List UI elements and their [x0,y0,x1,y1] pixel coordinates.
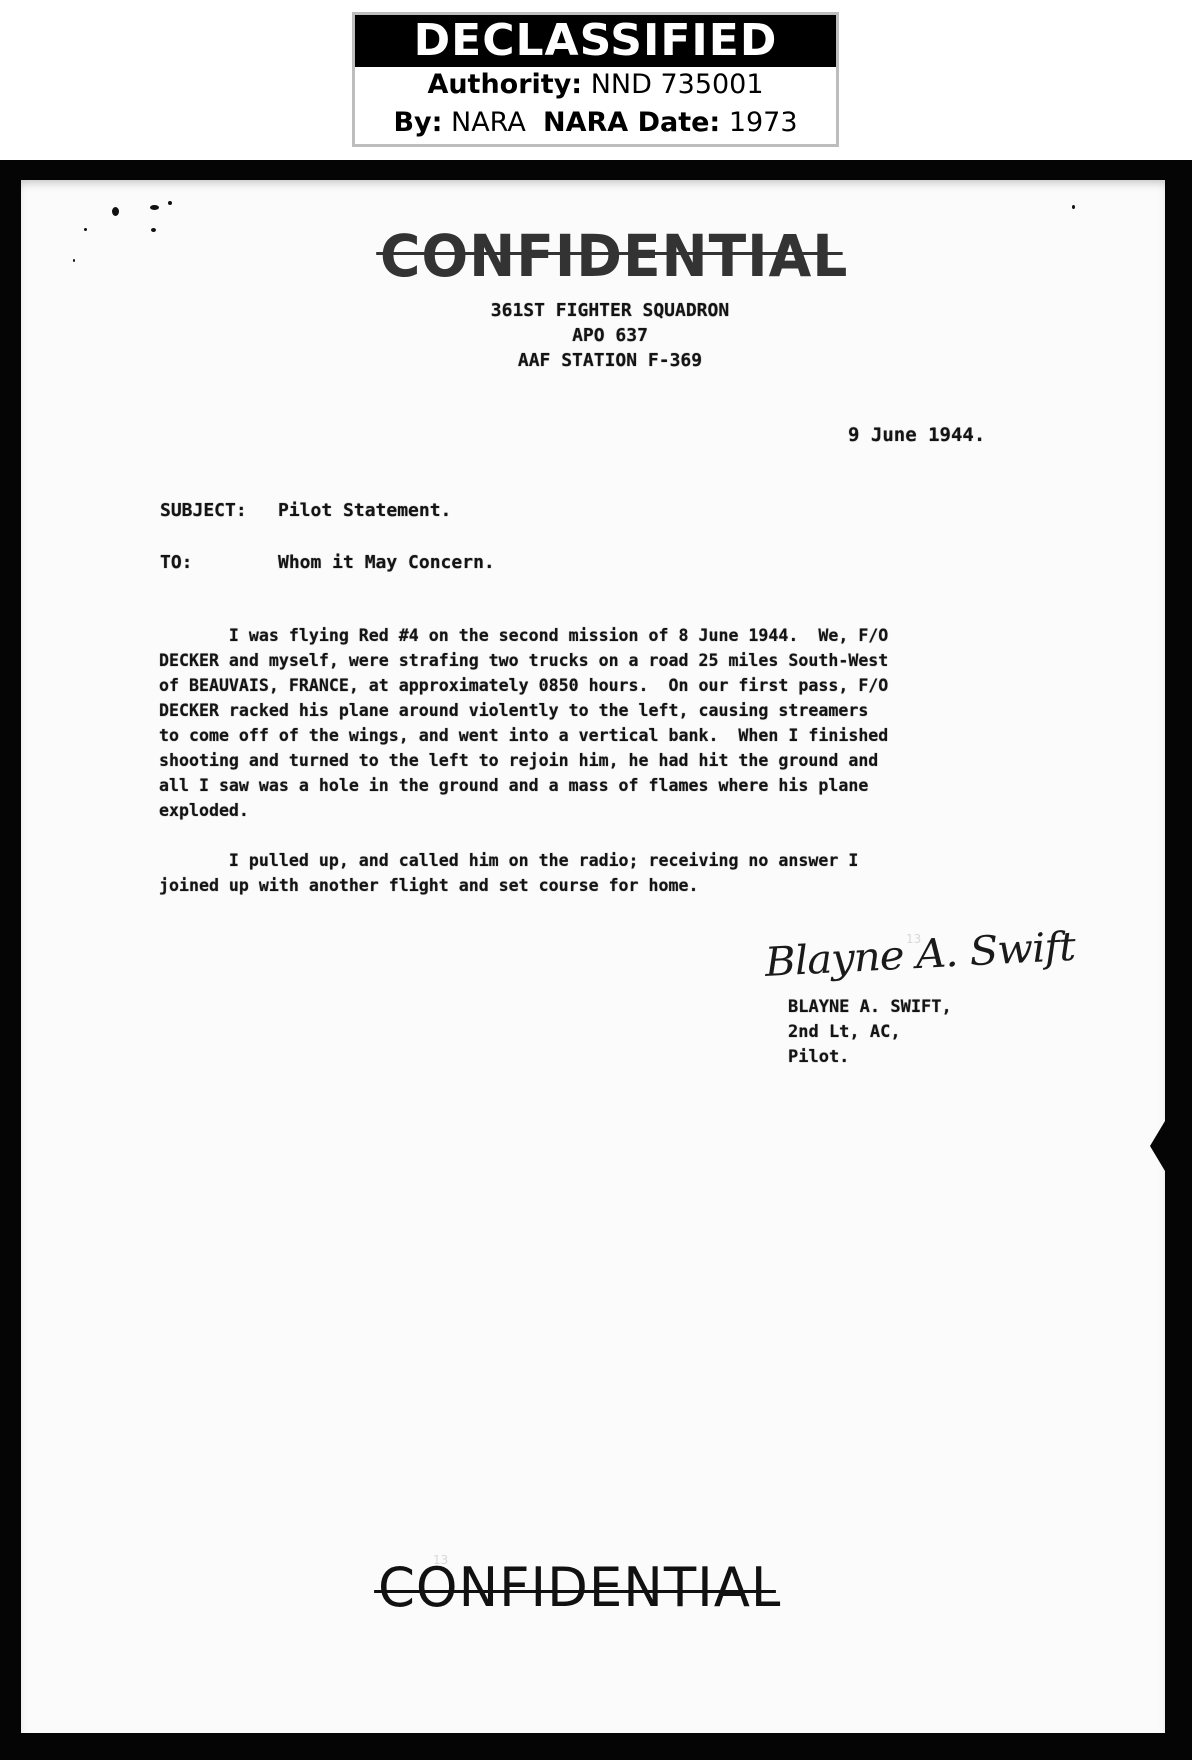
text-line: I pulled up, and called him on the radio… [159,848,1029,873]
text-line: to come off of the wings, and went into … [159,723,1029,748]
letterhead-station: AAF STATION F-369 [420,350,800,371]
scan-speck [151,228,156,232]
to-value: Whom it May Concern. [278,552,495,573]
authority-label: Authority: [427,69,582,100]
subject-label: SUBJECT: [160,500,247,521]
declassified-title: DECLASSIFIED [355,15,836,67]
text-line: I was flying Red #4 on the second missio… [159,623,1029,648]
scan-speck [73,259,75,262]
declassified-stamp: DECLASSIFIED Authority: NND 735001 By: N… [352,12,839,147]
signer-name: BLAYNE A. SWIFT, [788,997,952,1017]
classification-stamp-bottom: CONFIDENTIAL [378,1556,781,1619]
signer-role: Pilot. [788,1047,849,1067]
by-label: By: [393,107,442,138]
to-label: TO: [160,552,193,573]
nara-date-value: 1973 [729,107,798,138]
text-line: shooting and turned to the left to rejoi… [159,748,1029,773]
classification-stamp-top: CONFIDENTIAL [380,222,848,290]
strikethrough-line [374,1590,775,1593]
by-value: NARA [451,107,526,138]
text-line: DECKER racked his plane around violently… [159,698,1029,723]
scan-speck [150,205,159,210]
scan-speck [112,207,119,216]
classification-text: CONFIDENTIAL [378,1556,781,1619]
scan-speck [84,228,87,231]
subject-value: Pilot Statement. [278,500,451,521]
authority-value: NND 735001 [591,69,764,100]
scan-speck [1072,205,1075,209]
classification-text: CONFIDENTIAL [380,222,848,290]
letterhead-apo: APO 637 [420,325,800,346]
by-date-line: By: NARA NARA Date: 1973 [355,107,836,138]
page-edge-notch [1150,1116,1168,1176]
text-line: exploded. [159,798,1029,823]
body-paragraph-2: I pulled up, and called him on the radio… [159,848,1029,898]
document-date: 9 June 1944. [848,424,985,446]
text-line: joined up with another flight and set co… [159,873,1029,898]
strikethrough-line [376,252,842,255]
nara-date-label: NARA Date: [543,107,720,138]
text-line: DECKER and myself, were strafing two tru… [159,648,1029,673]
signer-rank: 2nd Lt, AC, [788,1022,901,1042]
body-paragraph-1: I was flying Red #4 on the second missio… [159,623,1029,823]
text-line: all I saw was a hole in the ground and a… [159,773,1029,798]
text-line: of BEAUVAIS, FRANCE, at approximately 08… [159,673,1029,698]
letterhead-unit: 361ST FIGHTER SQUADRON [420,300,800,321]
scan-speck [168,201,172,205]
authority-line: Authority: NND 735001 [355,69,836,100]
